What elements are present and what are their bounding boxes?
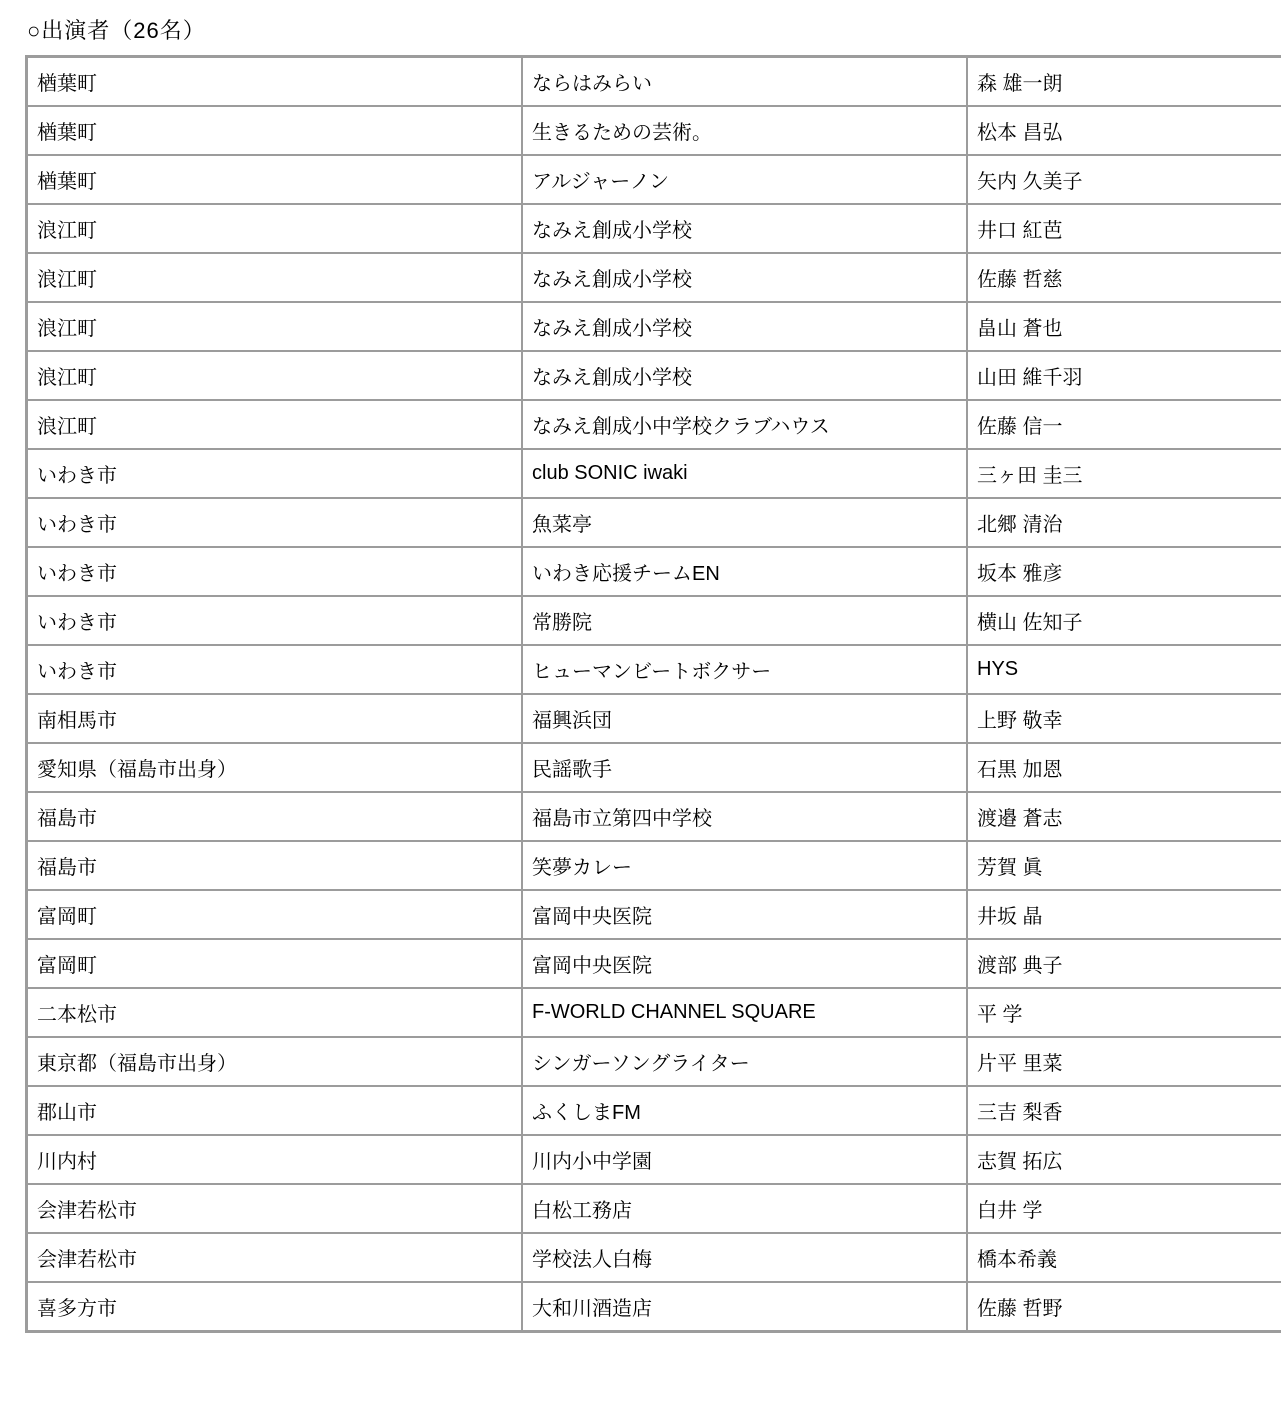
affiliation-cell: 川内小中学園 [522, 1135, 967, 1184]
table-row: いわき市club SONIC iwaki三ヶ田 圭三 [27, 449, 1281, 498]
name-cell: 横山 佐知子 [967, 596, 1281, 645]
name-cell: 渡邉 蒼志 [967, 792, 1281, 841]
table-row: 楢葉町生きるための芸術。松本 昌弘 [27, 106, 1281, 155]
table-row: 福島市笑夢カレー芳賀 眞 [27, 841, 1281, 890]
location-cell: 浪江町 [27, 253, 523, 302]
name-cell: 志賀 拓広 [967, 1135, 1281, 1184]
location-cell: 愛知県（福島市出身） [27, 743, 523, 792]
table-row: いわき市常勝院横山 佐知子 [27, 596, 1281, 645]
table-row: 会津若松市白松工務店白井 学 [27, 1184, 1281, 1233]
name-cell: 井口 紅芭 [967, 204, 1281, 253]
name-cell: 渡部 典子 [967, 939, 1281, 988]
location-cell: いわき市 [27, 498, 523, 547]
table-row: 二本松市F-WORLD CHANNEL SQUARE平 学 [27, 988, 1281, 1037]
affiliation-cell: なみえ創成小学校 [522, 253, 967, 302]
affiliation-cell: ヒューマンビートボクサー [522, 645, 967, 694]
document-page: ○出演者（26名） 楢葉町ならはみらい森 雄一朗楢葉町生きるための芸術。松本 昌… [0, 0, 1281, 1425]
location-cell: 郡山市 [27, 1086, 523, 1135]
table-row: 川内村川内小中学園志賀 拓広 [27, 1135, 1281, 1184]
location-cell: 楢葉町 [27, 106, 523, 155]
table-row: 福島市福島市立第四中学校渡邉 蒼志 [27, 792, 1281, 841]
location-cell: いわき市 [27, 547, 523, 596]
affiliation-cell: 常勝院 [522, 596, 967, 645]
name-cell: 上野 敬幸 [967, 694, 1281, 743]
table-row: 浪江町なみえ創成小学校山田 維千羽 [27, 351, 1281, 400]
table-row: いわき市魚菜亭北郷 清治 [27, 498, 1281, 547]
table-row: 愛知県（福島市出身）民謡歌手石黒 加恩 [27, 743, 1281, 792]
table-row: いわき市ヒューマンビートボクサーHYS [27, 645, 1281, 694]
location-cell: いわき市 [27, 449, 523, 498]
location-cell: 川内村 [27, 1135, 523, 1184]
name-cell: 佐藤 哲野 [967, 1282, 1281, 1332]
table-row: 浪江町なみえ創成小中学校クラブハウス佐藤 信一 [27, 400, 1281, 449]
name-cell: 矢内 久美子 [967, 155, 1281, 204]
table-row: 浪江町なみえ創成小学校畠山 蒼也 [27, 302, 1281, 351]
cast-table: 楢葉町ならはみらい森 雄一朗楢葉町生きるための芸術。松本 昌弘楢葉町アルジャーノ… [25, 55, 1281, 1333]
name-cell: 松本 昌弘 [967, 106, 1281, 155]
table-row: 浪江町なみえ創成小学校佐藤 哲慈 [27, 253, 1281, 302]
name-cell: 片平 里菜 [967, 1037, 1281, 1086]
name-cell: 坂本 雅彦 [967, 547, 1281, 596]
affiliation-cell: ふくしまFM [522, 1086, 967, 1135]
location-cell: 浪江町 [27, 351, 523, 400]
affiliation-cell: なみえ創成小学校 [522, 351, 967, 400]
name-cell: 三ヶ田 圭三 [967, 449, 1281, 498]
affiliation-cell: アルジャーノン [522, 155, 967, 204]
table-row: 会津若松市学校法人白梅橋本希義 [27, 1233, 1281, 1282]
affiliation-cell: 生きるための芸術。 [522, 106, 967, 155]
location-cell: 福島市 [27, 792, 523, 841]
name-cell: 佐藤 信一 [967, 400, 1281, 449]
location-cell: いわき市 [27, 596, 523, 645]
location-cell: 会津若松市 [27, 1233, 523, 1282]
cast-table-body: 楢葉町ならはみらい森 雄一朗楢葉町生きるための芸術。松本 昌弘楢葉町アルジャーノ… [27, 57, 1281, 1332]
affiliation-cell: 魚菜亭 [522, 498, 967, 547]
location-cell: 二本松市 [27, 988, 523, 1037]
location-cell: 富岡町 [27, 890, 523, 939]
name-cell: 畠山 蒼也 [967, 302, 1281, 351]
affiliation-cell: 学校法人白梅 [522, 1233, 967, 1282]
table-row: 南相馬市福興浜団上野 敬幸 [27, 694, 1281, 743]
location-cell: 楢葉町 [27, 155, 523, 204]
location-cell: 浪江町 [27, 400, 523, 449]
location-cell: 会津若松市 [27, 1184, 523, 1233]
name-cell: 平 学 [967, 988, 1281, 1037]
location-cell: 喜多方市 [27, 1282, 523, 1332]
name-cell: 佐藤 哲慈 [967, 253, 1281, 302]
name-cell: 三吉 梨香 [967, 1086, 1281, 1135]
name-cell: 山田 維千羽 [967, 351, 1281, 400]
name-cell: 白井 学 [967, 1184, 1281, 1233]
table-row: 浪江町なみえ創成小学校井口 紅芭 [27, 204, 1281, 253]
name-cell: 北郷 清治 [967, 498, 1281, 547]
table-row: 楢葉町ならはみらい森 雄一朗 [27, 57, 1281, 107]
table-row: 楢葉町アルジャーノン矢内 久美子 [27, 155, 1281, 204]
affiliation-cell: なみえ創成小学校 [522, 204, 967, 253]
name-cell: 芳賀 眞 [967, 841, 1281, 890]
affiliation-cell: 富岡中央医院 [522, 890, 967, 939]
affiliation-cell: 福興浜団 [522, 694, 967, 743]
affiliation-cell: いわき応援チームEN [522, 547, 967, 596]
table-row: 富岡町富岡中央医院渡部 典子 [27, 939, 1281, 988]
location-cell: 楢葉町 [27, 57, 523, 107]
affiliation-cell: ならはみらい [522, 57, 967, 107]
affiliation-cell: なみえ創成小中学校クラブハウス [522, 400, 967, 449]
location-cell: 南相馬市 [27, 694, 523, 743]
affiliation-cell: 大和川酒造店 [522, 1282, 967, 1332]
affiliation-cell: シンガーソングライター [522, 1037, 967, 1086]
name-cell: 石黒 加恩 [967, 743, 1281, 792]
affiliation-cell: F-WORLD CHANNEL SQUARE [522, 988, 967, 1037]
affiliation-cell: 福島市立第四中学校 [522, 792, 967, 841]
table-row: 喜多方市大和川酒造店佐藤 哲野 [27, 1282, 1281, 1332]
page-title: ○出演者（26名） [27, 14, 1281, 45]
location-cell: 東京都（福島市出身） [27, 1037, 523, 1086]
table-row: 郡山市ふくしまFM三吉 梨香 [27, 1086, 1281, 1135]
affiliation-cell: 白松工務店 [522, 1184, 967, 1233]
name-cell: HYS [967, 645, 1281, 694]
table-row: いわき市いわき応援チームEN坂本 雅彦 [27, 547, 1281, 596]
location-cell: 浪江町 [27, 204, 523, 253]
table-row: 富岡町富岡中央医院井坂 晶 [27, 890, 1281, 939]
name-cell: 井坂 晶 [967, 890, 1281, 939]
name-cell: 橋本希義 [967, 1233, 1281, 1282]
location-cell: 浪江町 [27, 302, 523, 351]
location-cell: 富岡町 [27, 939, 523, 988]
name-cell: 森 雄一朗 [967, 57, 1281, 107]
affiliation-cell: 富岡中央医院 [522, 939, 967, 988]
table-row: 東京都（福島市出身）シンガーソングライター片平 里菜 [27, 1037, 1281, 1086]
affiliation-cell: 民謡歌手 [522, 743, 967, 792]
location-cell: いわき市 [27, 645, 523, 694]
location-cell: 福島市 [27, 841, 523, 890]
affiliation-cell: 笑夢カレー [522, 841, 967, 890]
affiliation-cell: club SONIC iwaki [522, 449, 967, 498]
affiliation-cell: なみえ創成小学校 [522, 302, 967, 351]
